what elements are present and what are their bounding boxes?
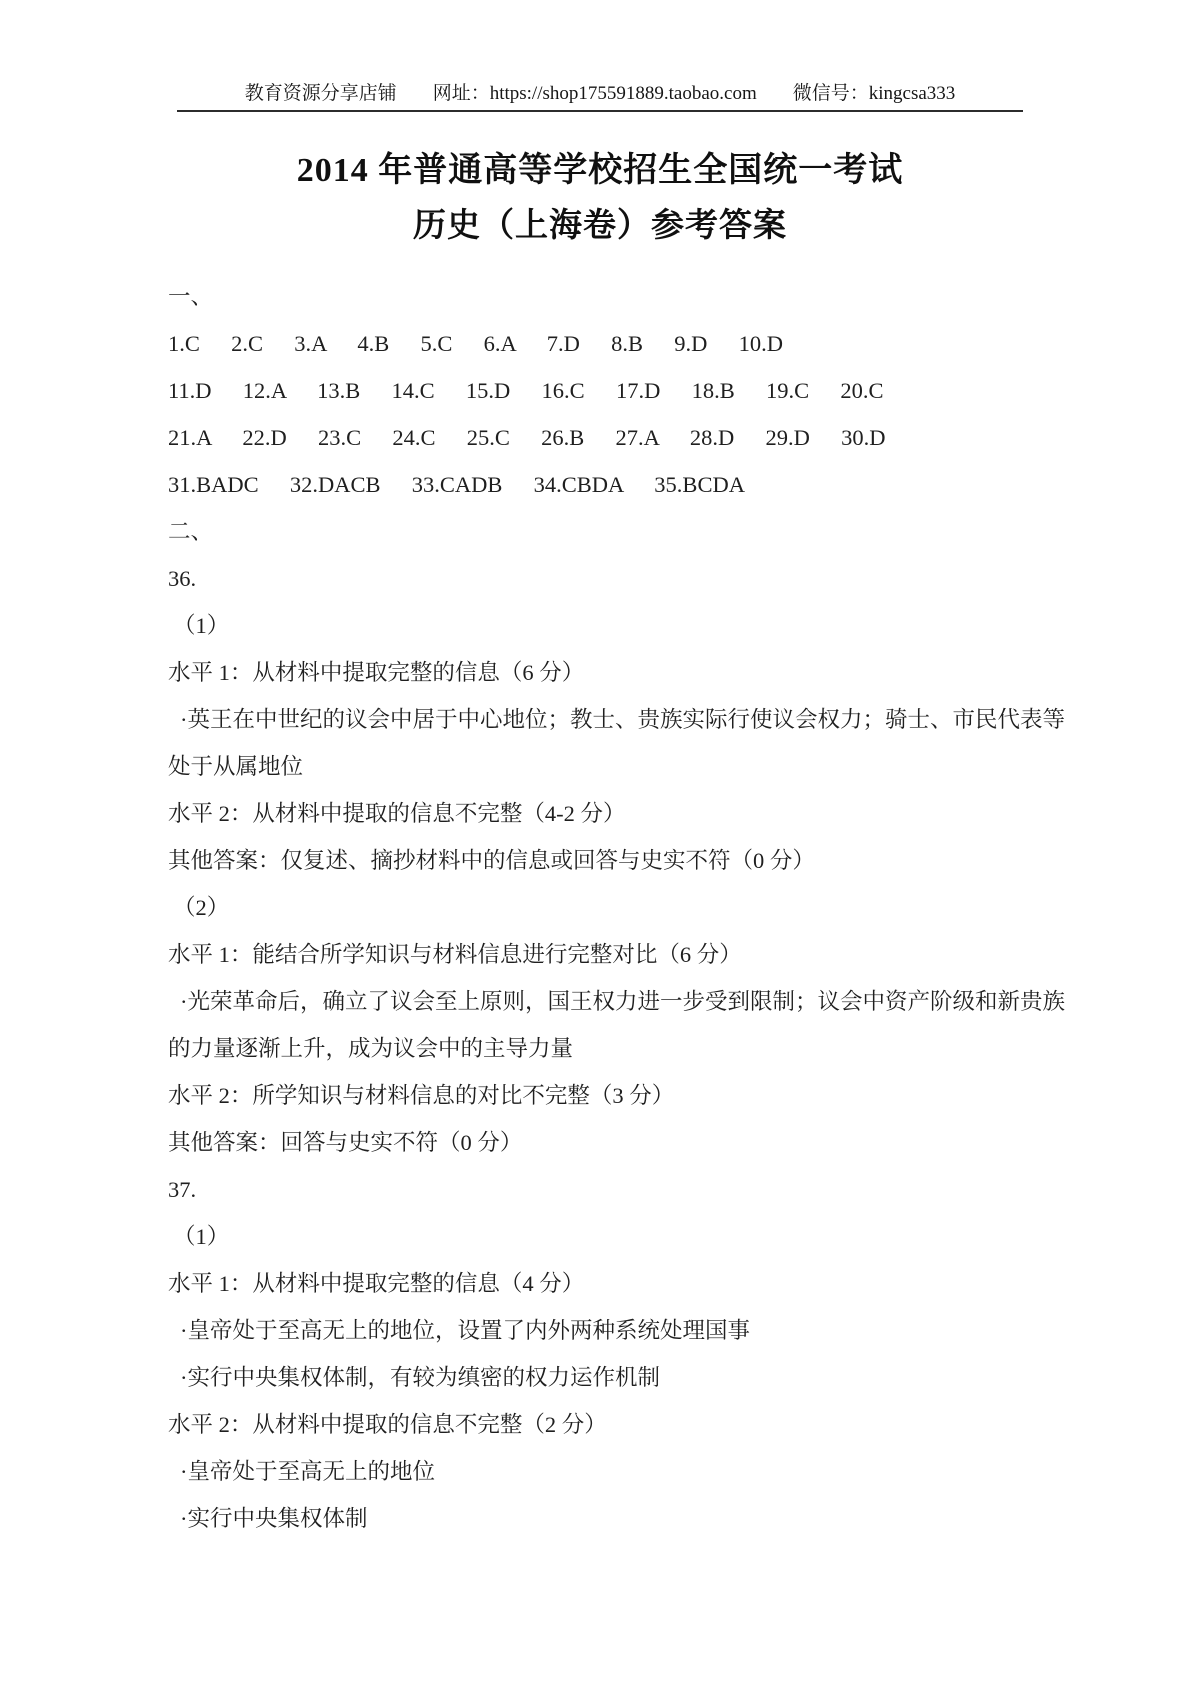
document-body: 一、 1.C 2.C 3.A 4.B 5.C 6.A 7.D 8.B 9.D 1… bbox=[168, 273, 1068, 1542]
text-line: 水平 1：从材料中提取完整的信息（4 分） bbox=[168, 1260, 1068, 1307]
text-line: 水平 1：从材料中提取完整的信息（6 分） bbox=[168, 649, 1068, 696]
text-line: 水平 1：能结合所学知识与材料信息进行完整对比（6 分） bbox=[168, 931, 1068, 978]
q37-part1-label: （1） bbox=[168, 1213, 1068, 1260]
question-37-number: 37. bbox=[168, 1166, 1068, 1213]
text-line: ·英王在中世纪的议会中居于中心地位；教士、贵族实际行使议会权力；骑士、市民代表等 bbox=[168, 696, 1068, 743]
text-line: ·光荣革命后，确立了议会至上原则，国王权力进一步受到限制；议会中资产阶级和新贵族 bbox=[168, 978, 1068, 1025]
text-line: 水平 2：所学知识与材料信息的对比不完整（3 分） bbox=[168, 1072, 1068, 1119]
q36-part1-label: （1） bbox=[168, 602, 1068, 649]
answer-row-1-10: 1.C 2.C 3.A 4.B 5.C 6.A 7.D 8.B 9.D 10.D bbox=[168, 320, 1068, 367]
text-line: ·皇帝处于至高无上的地位，设置了内外两种系统处理国事 bbox=[168, 1307, 1068, 1354]
page-header: 教育资源分享店铺 网址：https://shop175591889.taobao… bbox=[0, 78, 1200, 105]
section-one-heading: 一、 bbox=[168, 273, 1068, 320]
wechat-id: 微信号：kingcsa333 bbox=[793, 78, 956, 105]
text-line: 其他答案：回答与史实不符（0 分） bbox=[168, 1119, 1068, 1166]
exam-title: 2014 年普通高等学校招生全国统一考试 bbox=[0, 142, 1200, 191]
text-line: 水平 2：从材料中提取的信息不完整（2 分） bbox=[168, 1401, 1068, 1448]
header-divider bbox=[177, 110, 1023, 112]
answer-row-21-30: 21.A 22.D 23.C 24.C 25.C 26.B 27.A 28.D … bbox=[168, 414, 1068, 461]
text-line: 处于从属地位 bbox=[168, 743, 1068, 790]
q36-part2-label: （2） bbox=[168, 884, 1068, 931]
text-line: ·实行中央集权体制 bbox=[168, 1495, 1068, 1542]
exam-subtitle: 历史（上海卷）参考答案 bbox=[0, 199, 1200, 246]
question-36-number: 36. bbox=[168, 555, 1068, 602]
text-line: 的力量逐渐上升，成为议会中的主导力量 bbox=[168, 1025, 1068, 1072]
text-line: ·皇帝处于至高无上的地位 bbox=[168, 1448, 1068, 1495]
answer-row-31-35: 31.BADC 32.DACB 33.CADB 34.CBDA 35.BCDA bbox=[168, 461, 1068, 508]
document-page: 教育资源分享店铺 网址：https://shop175591889.taobao… bbox=[0, 0, 1200, 1698]
text-line: ·实行中央集权体制，有较为缜密的权力运作机制 bbox=[168, 1354, 1068, 1401]
section-two-heading: 二、 bbox=[168, 508, 1068, 555]
text-line: 其他答案：仅复述、摘抄材料中的信息或回答与史实不符（0 分） bbox=[168, 837, 1068, 884]
text-line: 水平 2：从材料中提取的信息不完整（4-2 分） bbox=[168, 790, 1068, 837]
shop-name: 教育资源分享店铺 bbox=[245, 78, 397, 105]
answer-row-11-20: 11.D 12.A 13.B 14.C 15.D 16.C 17.D 18.B … bbox=[168, 367, 1068, 414]
shop-url: 网址：https://shop175591889.taobao.com bbox=[433, 78, 757, 105]
